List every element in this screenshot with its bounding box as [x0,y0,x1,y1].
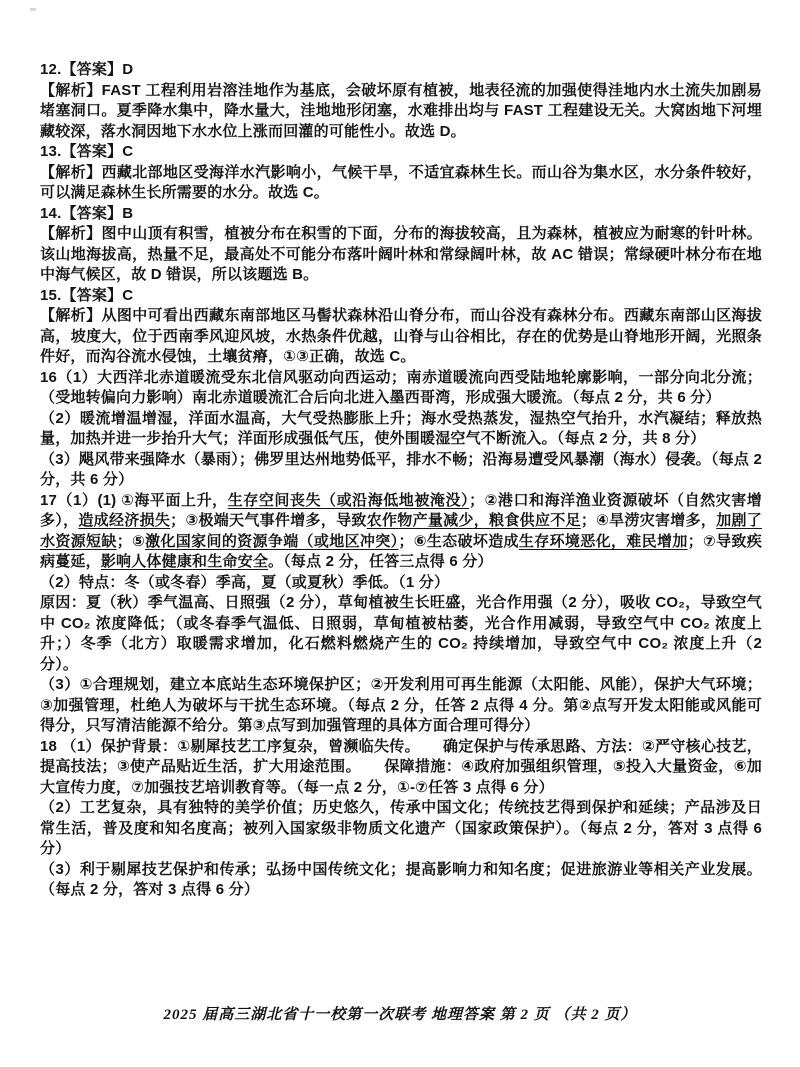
q16-part3: （3）飓风带来强降水（暴雨）；佛罗里达州地势低平，排水不畅；沿海易遭受风暴潮（海… [40,450,762,491]
analysis-14: 【解析】图中山顶有积雪，植被分布在积雪的下面，分布的海拔较高，且为森林，植被应为… [40,224,762,286]
underlined-phrase: 造成经济损失 [78,512,170,529]
q18-part2: （2）工艺复杂，具有独特的美学价值；历史悠久，传承中国文化；传统技艺得到保护和延… [40,798,762,860]
text-segment: 。（每点 2 分，任答三点得 6 分） [268,553,493,570]
text-segment: 原因：夏（秋）季气温高、日照强（2 分），草甸植被生长旺盛，光合作用强（2 分）… [40,594,762,673]
text-segment: （2）工艺复杂，具有独特的美学价值；历史悠久，传承中国文化；传统技艺得到保护和延… [40,799,762,857]
q18-part3: （3）利于剔犀技艺保护和传承；弘扬中国传统文化；提高影响力和知名度；促进旅游业等… [40,860,762,901]
text-segment: ；⑥生态破坏造成 [398,533,518,550]
answer-15: 15.【答案】C [40,286,762,307]
scan-artifact [30,8,36,11]
underlined-phrase: 农作物产量减少，粮食供应不足 [367,512,581,529]
text-segment: （3）飓风带来强降水（暴雨）；佛罗里达州地势低平，排水不畅；沿海易遭受风暴潮（海… [40,451,762,489]
text-segment: （2）特点：冬（或冬春）季高，夏（或夏秋）季低。（1 分） [40,574,449,591]
q17-part3: （3）①合理规划，建立本底站生态环境保护区；②开发利用可再生能源（太阳能、风能）… [40,675,762,737]
answer-14: 14.【答案】B [40,204,762,225]
text-segment: 14.【答案】B [40,205,133,222]
answer-12: 12.【答案】D [40,60,762,81]
text-segment: 18 （1）保护背景：①剔犀技艺工序复杂，曾濒临失传。 确定保护与传承思路、方法… [40,738,762,796]
underlined-phrase: 激化国家间的资源争端（或地区冲突） [145,533,398,550]
page-footer: 2025 届高三湖北省十一校第一次联考 地理答案 第 2 页 （共 2 页） [0,1003,800,1024]
analysis-13: 【解析】西藏北部地区受海洋水汽影响小，气候干旱，不适宜森林生长。而山谷为集水区，… [40,163,762,204]
q18-part1: 18 （1）保护背景：①剔犀技艺工序复杂，曾濒临失传。 确定保护与传承思路、方法… [40,737,762,799]
text-segment: 【解析】西藏北部地区受海洋水汽影响小，气候干旱，不适宜森林生长。而山谷为集水区，… [40,164,762,202]
text-segment: 【解析】从图中可看出西藏东南部地区马髻状森林沿山脊分布，而山谷没有森林分布。西藏… [40,307,762,365]
text-segment: 15.【答案】C [40,287,133,304]
text-segment: 【解析】图中山顶有积雪，植被分布在积雪的下面，分布的海拔较高，且为森林，植被应为… [40,225,762,283]
text-segment: （2）暖流增温增湿，洋面水温高，大气受热膨胀上升；海水受热蒸发，湿热空气抬升，水… [40,410,762,448]
analysis-12: 【解析】FAST 工程利用岩溶洼地作为基底，会破坏原有植被，地表径流的加强使得洼… [40,81,762,143]
text-segment: 12.【答案】D [40,61,133,78]
text-segment: ；⑤ [117,533,145,550]
text-segment: 17（1）(1) ①海平面上升， [40,492,228,509]
answer-13: 13.【答案】C [40,142,762,163]
answers-content: 12.【答案】D【解析】FAST 工程利用岩溶洼地作为基底，会破坏原有植被，地表… [40,60,762,901]
text-segment: 13.【答案】C [40,143,133,160]
analysis-15: 【解析】从图中可看出西藏东南部地区马髻状森林沿山脊分布，而山谷没有森林分布。西藏… [40,306,762,368]
underlined-phrase: 生存空间丧失（或沿海低地被淹没） [228,492,469,509]
underlined-phrase: 影响人体健康和生命安全 [101,553,268,570]
q16-part1: 16（1）大西洋北赤道暖流受东北信风驱动向西运动；南赤道暖流向西受陆地轮廓影响，… [40,368,762,409]
text-segment: （3）利于剔犀技艺保护和传承；弘扬中国传统文化；提高影响力和知名度；促进旅游业等… [40,861,762,899]
q17-part2-features: （2）特点：冬（或冬春）季高，夏（或夏秋）季低。（1 分） [40,573,762,594]
text-segment: （3）①合理规划，建立本底站生态环境保护区；②开发利用可再生能源（太阳能、风能）… [40,676,762,734]
q16-part2: （2）暖流增温增湿，洋面水温高，大气受热膨胀上升；海水受热蒸发，湿热空气抬升，水… [40,409,762,450]
text-segment: ；③极端天气事件增多，导致 [170,512,367,529]
q17-part1: 17（1）(1) ①海平面上升，生存空间丧失（或沿海低地被淹没）；②港口和海洋渔… [40,491,762,573]
q17-part2-reason: 原因：夏（秋）季气温高、日照强（2 分），草甸植被生长旺盛，光合作用强（2 分）… [40,593,762,675]
text-segment: 16（1）大西洋北赤道暖流受东北信风驱动向西运动；南赤道暖流向西受陆地轮廓影响，… [40,369,762,407]
text-segment: 【解析】FAST 工程利用岩溶洼地作为基底，会破坏原有植被，地表径流的加强使得洼… [40,82,762,140]
answer-sheet-page: 12.【答案】D【解析】FAST 工程利用岩溶洼地作为基底，会破坏原有植被，地表… [0,0,800,1067]
text-segment: ；④旱涝灾害增多， [581,512,716,529]
underlined-phrase: 生存环境恶化，难民增加 [519,533,688,550]
